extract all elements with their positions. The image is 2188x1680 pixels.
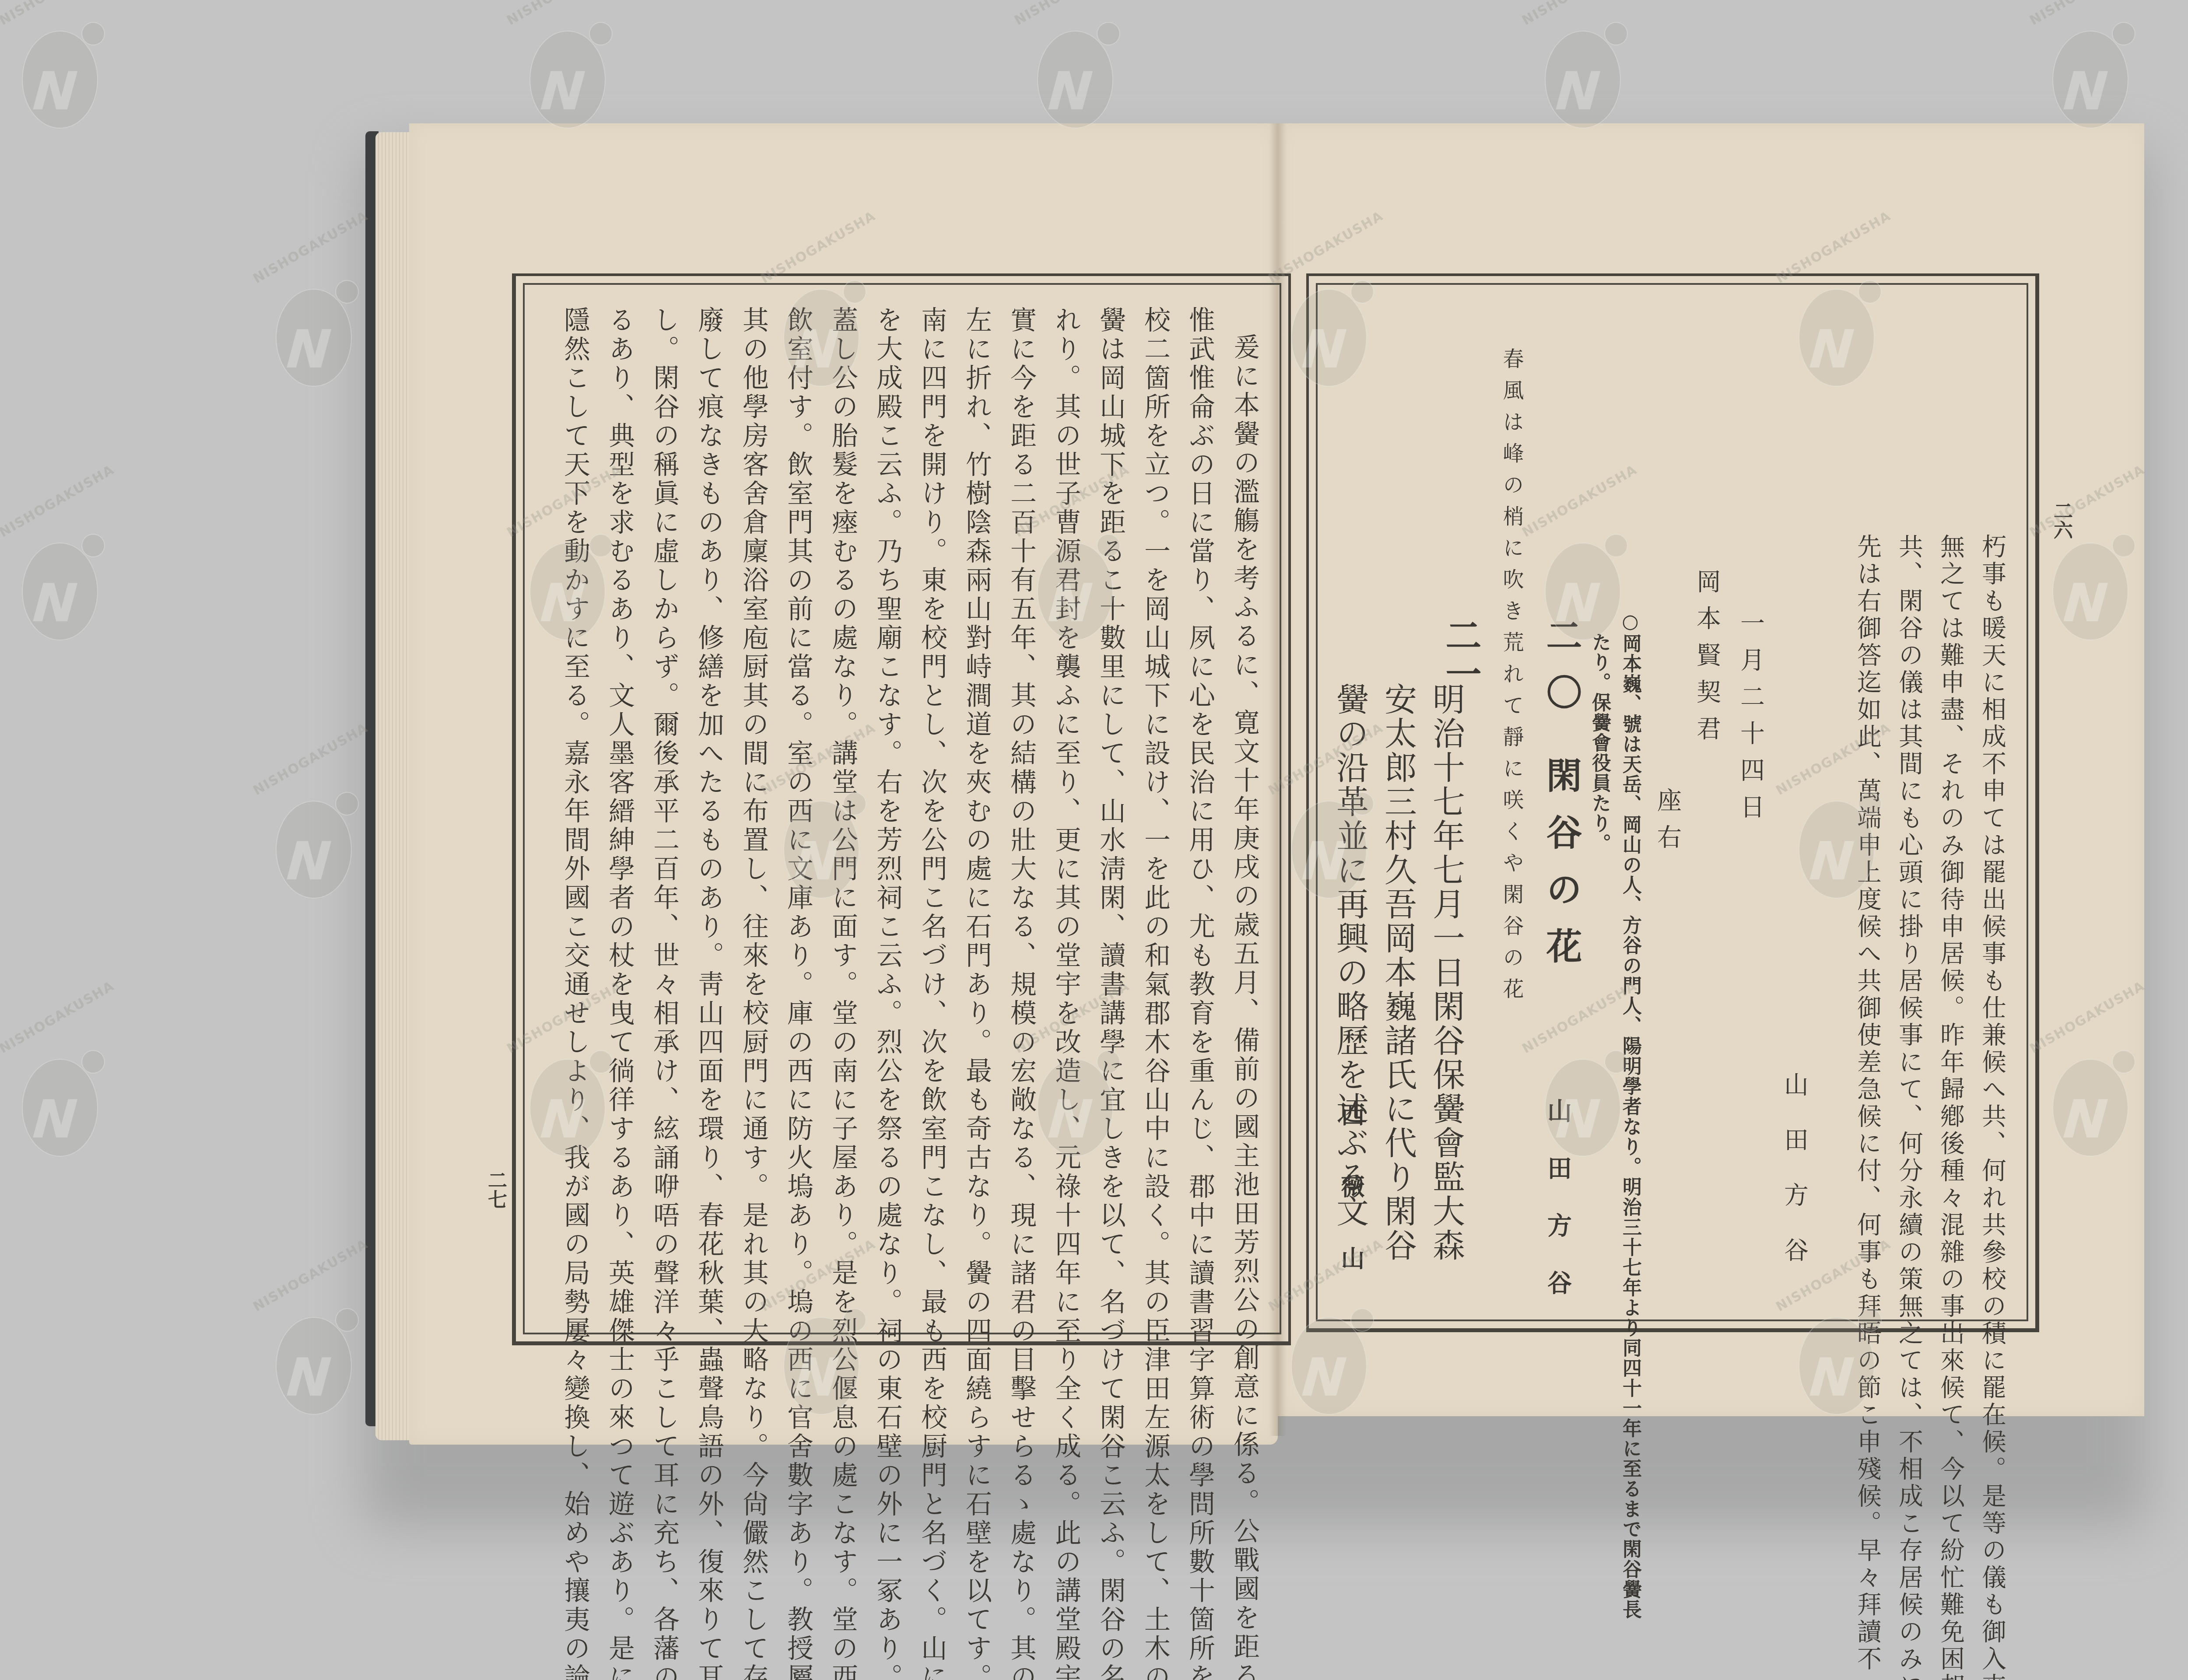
right-page-number: 二六 xyxy=(2047,501,2075,539)
letter-date: 一月二十四日 xyxy=(1733,610,1768,831)
text-column: 實に今を距る二百十有五年、其の結構の壯大なる、規模の宏敞なる、現に諸君の目擊せら… xyxy=(999,306,1044,1321)
open-book: 爰に本黌の濫觴を考ふるに、寛文十年庚戌の歳五月、備前の國主池田芳烈公の創意に係る… xyxy=(0,0,2188,1680)
section-21-title-line: 明治十七年七月一日閑谷保黌會監大森 xyxy=(1422,682,1470,1263)
editor-note: ○岡本巍、號は天岳、岡山の人、方谷の門人、陽明學者なり。明治三十七年より同四十一… xyxy=(1584,610,1645,1275)
text-column: 黌は岡山城下を距るこ十數里にして、山水淸閑、讀書講學に宜しきを以て、名づけて閑谷… xyxy=(1088,306,1133,1321)
note-column: たり。保黌會役員たり。 xyxy=(1584,610,1615,1275)
letter-column: 無之ては難申盡、それのみ御待申居候。昨年歸鄕後種々混雜の事出來候て、今以て紛忙難… xyxy=(1930,534,1971,1312)
letter-column: 先は右御答迄如此、萬端申上度候へ共御使差急候に付、何事も拜晤の節こ申殘候。早々拜… xyxy=(1847,534,1888,1312)
text-column: を大成殿こ云ふ。乃ち聖廟こなす。右を芳烈祠こ云ふ。烈公を祭るの處なり。祠の東石壁… xyxy=(865,306,910,1321)
text-column: るあり、典型を求むるあり、文人墨客縉紳學者の杖を曳て徜徉するあり、英雄傑士の來つ… xyxy=(597,306,642,1321)
letter-signature: 山田方谷 xyxy=(1777,1072,1812,1292)
left-page-number: 二七 xyxy=(481,1170,509,1209)
letter-recipient: 岡本賢契君 xyxy=(1689,569,1724,752)
text-column: 蓋し公の胎髮を瘞むるの處なり。講堂は公門に面す。堂の南に子屋あり。是を烈公偃息の… xyxy=(820,306,865,1321)
page-stack-edge xyxy=(375,132,410,1440)
letter-column: 朽事も暖天に相成不申ては罷出候事も仕兼候へ共、何れ共參校の積に罷在候。是等の儀も… xyxy=(1971,534,2013,1312)
letter-body-text: 朽事も暖天に相成不申ては罷出候事も仕兼候へ共、何れ共參校の積に罷在候。是等の儀も… xyxy=(1829,534,2013,1312)
text-column: 廢して痕なきものあり、修繕を加へたるものあり。靑山四面を環り、春花秋葉、蟲聲鳥語… xyxy=(687,306,731,1321)
letter-salutation: 座右 xyxy=(1650,787,1685,861)
section-20-number: 二〇 xyxy=(1540,617,1582,731)
letter-column: 共、閑谷の儀は其間にも心頭に掛り居候事にて、何分永續の策無之ては、不相成こ存居候… xyxy=(1888,534,1930,1312)
section-20-poem: 春風は峰の梢に吹き荒れて靜に咲くや閑谷の花 xyxy=(1497,348,1527,1009)
text-column: 飲室付す。飲室門其の前に當る。室の西に文庫あり。庫の西に防火塢あり。塢の西に官舍… xyxy=(776,306,820,1321)
note-column: ○岡本巍、號は天岳、岡山の人、方谷の門人、陽明學者なり。明治三十七年より同四十一… xyxy=(1615,610,1645,1275)
section-20-title: 閑谷の花 xyxy=(1540,757,1582,984)
text-column: 校二箇所を立つ。一を岡山城下に設け、一を此の和氣郡木谷山中に設く。其の臣津田左源… xyxy=(1133,306,1178,1321)
section-21-author: 西薇山 xyxy=(1335,1102,1368,1318)
section-20-heading: 二〇閑谷の花 xyxy=(1536,617,1587,984)
text-column: 惟武惟侖ぶの日に當り、夙に心を民治に用ひ、尤も教育を重んじ、郡中に讀書習字算術の… xyxy=(1178,306,1222,1321)
section-20-author: 山田方谷 xyxy=(1540,1098,1575,1327)
text-column: し。閑谷の稱眞に虛しからず。爾後承平二百年、世々相承け、絃誦咿唔の聲洋々乎こして… xyxy=(642,306,687,1321)
text-column: 隱然こして天下を動かすに至る。嘉永年間外國こ交通せしより、我が國の局勢屢々變換し… xyxy=(553,306,597,1321)
left-page-body-text: 爰に本黌の濫觴を考ふるに、寛文十年庚戌の歳五月、備前の國主池田芳烈公の創意に係る… xyxy=(540,306,1267,1321)
text-column: 其の他學房客舍倉廩浴室庖厨其の間に布置し、往來を校厨門に通す。是れ其の大略なり。… xyxy=(731,306,776,1321)
text-column: 爰に本黌の濫觴を考ふるに、寛文十年庚戌の歳五月、備前の國主池田芳烈公の創意に係る… xyxy=(1222,306,1267,1321)
text-column: れり。其の世子曹源君封を襲ふに至り、更に其の堂宇を改造し、元祿十四年に至り全く成… xyxy=(1044,306,1088,1321)
text-column: 南に四門を開けり。東を校門とし、次を公門こ名づけ、次を飲室門こなし、最も西を校厨… xyxy=(910,306,954,1321)
text-column: 左に折れ、竹樹陰森兩山對峙澗道を夾むの處に石門あり。最も奇古なり。黌の四面繞らす… xyxy=(954,306,999,1321)
section-21-title-line: 安太郎三村久吾岡本巍諸氏に代り閑谷 xyxy=(1374,682,1422,1263)
